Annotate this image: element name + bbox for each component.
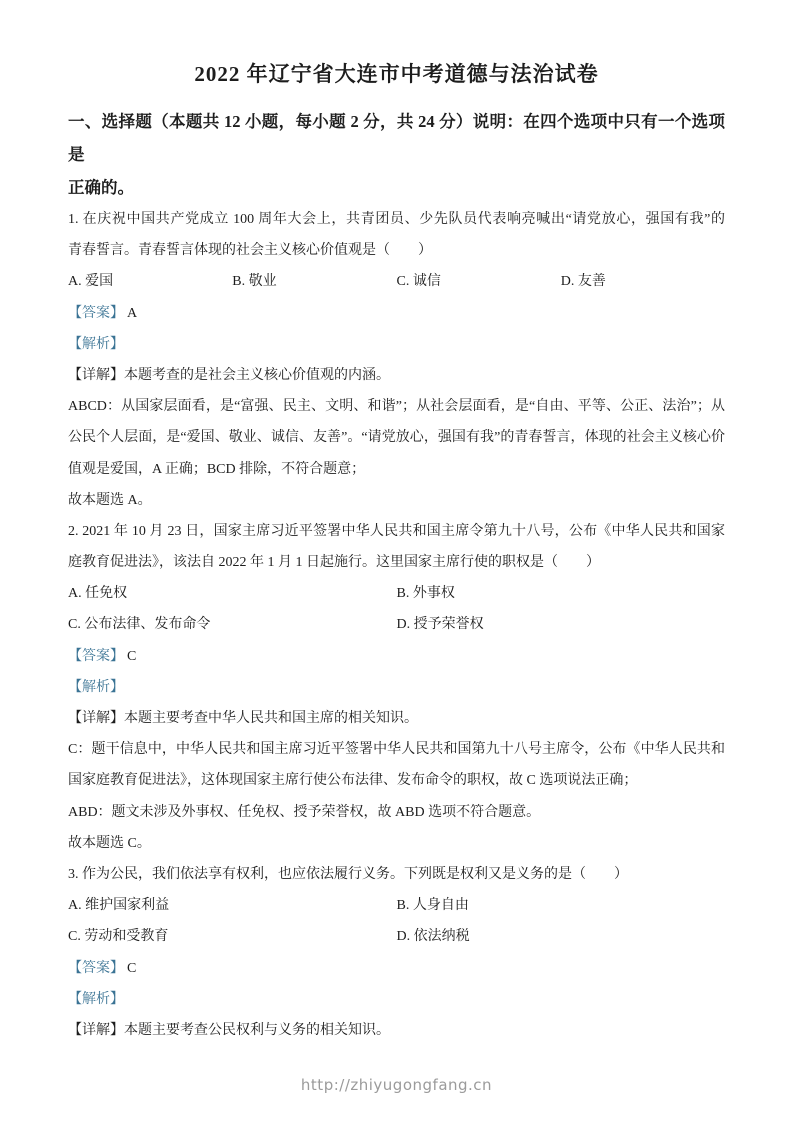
q2-detail-line-2: C：题干信息中，中华人民共和国主席习近平签署中华人民共和国第九十八号主席令，公布… [68, 734, 725, 765]
q2-option-B: B. 外事权 [397, 578, 726, 609]
questions-list: 1. 在庆祝中国共产党成立 100 周年大会上，共青团员、少先队员代表响亮喊出“… [68, 204, 725, 1046]
q2-analysis-label: 【解析】 [68, 680, 124, 695]
q1-answer-line: 【答案】A [68, 298, 725, 329]
q2-option-C: C. 公布法律、发布命令 [68, 609, 397, 640]
q3-options-row: C. 劳动和受教育D. 依法纳税 [68, 921, 725, 952]
q1-detail-line-2: ABCD：从国家层面看，是“富强、民主、文明、和谐”；从社会层面看，是“自由、平… [68, 391, 725, 422]
q2-answer-line: 【答案】C [68, 641, 725, 672]
footer-watermark-url: http://zhiyugongfang.cn [0, 1076, 793, 1094]
q2-options-row: A. 任免权B. 外事权 [68, 578, 725, 609]
q1-stem-line-1: 1. 在庆祝中国共产党成立 100 周年大会上，共青团员、少先队员代表响亮喊出“… [68, 204, 725, 235]
q1-option-D: D. 友善 [561, 266, 725, 297]
q1-answer-label: 【答案】 [68, 306, 124, 321]
q1-option-B: B. 敬业 [232, 266, 396, 297]
q2-options-row: C. 公布法律、发布命令D. 授予荣誉权 [68, 609, 725, 640]
q2-detail-line-1: 【详解】本题主要考查中华人民共和国主席的相关知识。 [68, 703, 725, 734]
question-2: 2. 2021 年 10 月 23 日，国家主席习近平签署中华人民共和国主席令第… [68, 516, 725, 859]
q3-analysis-label: 【解析】 [68, 992, 124, 1007]
q2-answer-value: C [127, 649, 136, 664]
exam-document-page: 2022 年辽宁省大连市中考道德与法治试卷 一、选择题（本题共 12 小题，每小… [0, 0, 793, 1122]
q1-detail-line-3: 公民个人层面，是“爱国、敬业、诚信、友善”。“请党放心，强国有我”的青春誓言，体… [68, 422, 725, 453]
q2-option-A: A. 任免权 [68, 578, 397, 609]
q3-answer-value: C [127, 961, 136, 976]
q1-analysis-label: 【解析】 [68, 337, 124, 352]
q3-options-row: A. 维护国家利益B. 人身自由 [68, 890, 725, 921]
q3-answer-label: 【答案】 [68, 961, 124, 976]
q2-analysis-line: 【解析】 [68, 672, 725, 703]
q1-detail-line-4: 值观是爱国，A 正确；BCD 排除，不符合题意； [68, 454, 725, 485]
q2-stem-line-1: 2. 2021 年 10 月 23 日，国家主席习近平签署中华人民共和国主席令第… [68, 516, 725, 547]
q1-analysis-line: 【解析】 [68, 329, 725, 360]
q2-stem-line-2: 庭教育促进法》，该法自 2022 年 1 月 1 日起施行。这里国家主席行使的职… [68, 547, 725, 578]
q3-analysis-line: 【解析】 [68, 984, 725, 1015]
question-1: 1. 在庆祝中国共产党成立 100 周年大会上，共青团员、少先队员代表响亮喊出“… [68, 204, 725, 516]
q2-detail-line-3: 国家庭教育促进法》，这体现国家主席行使公布法律、发布命令的职权，故 C 选项说法… [68, 765, 725, 796]
q2-detail-line-4: ABD：题文未涉及外事权、任免权、授予荣誉权，故 ABD 选项不符合题意。 [68, 797, 725, 828]
q3-stem-line-1: 3. 作为公民，我们依法享有权利，也应依法履行义务。下列既是权利又是义务的是（ … [68, 859, 725, 890]
q2-detail-line-5: 故本题选 C。 [68, 828, 725, 859]
section-heading-line-1: 一、选择题（本题共 12 小题，每小题 2 分，共 24 分）说明：在四个选项中… [68, 105, 725, 171]
section-heading: 一、选择题（本题共 12 小题，每小题 2 分，共 24 分）说明：在四个选项中… [68, 105, 725, 204]
q2-option-D: D. 授予荣誉权 [397, 609, 726, 640]
q1-answer-value: A [127, 306, 137, 321]
q3-detail-line-1: 【详解】本题主要考查公民权利与义务的相关知识。 [68, 1015, 725, 1046]
question-3: 3. 作为公民，我们依法享有权利，也应依法履行义务。下列既是权利又是义务的是（ … [68, 859, 725, 1046]
section-heading-line-2: 正确的。 [68, 171, 725, 204]
q1-stem-line-2: 青春誓言。青春誓言体现的社会主义核心价值观是（ ） [68, 235, 725, 266]
q3-answer-line: 【答案】C [68, 953, 725, 984]
q3-option-B: B. 人身自由 [397, 890, 726, 921]
q1-detail-line-1: 【详解】本题考查的是社会主义核心价值观的内涵。 [68, 360, 725, 391]
q1-option-A: A. 爱国 [68, 266, 232, 297]
q3-option-A: A. 维护国家利益 [68, 890, 397, 921]
document-title: 2022 年辽宁省大连市中考道德与法治试卷 [0, 0, 793, 90]
q1-detail-line-5: 故本题选 A。 [68, 485, 725, 516]
q1-options-row: A. 爱国B. 敬业C. 诚信D. 友善 [68, 266, 725, 297]
document-body: 一、选择题（本题共 12 小题，每小题 2 分，共 24 分）说明：在四个选项中… [0, 105, 793, 1046]
q1-option-C: C. 诚信 [397, 266, 561, 297]
q3-option-C: C. 劳动和受教育 [68, 921, 397, 952]
q2-answer-label: 【答案】 [68, 649, 124, 664]
q3-option-D: D. 依法纳税 [397, 921, 726, 952]
